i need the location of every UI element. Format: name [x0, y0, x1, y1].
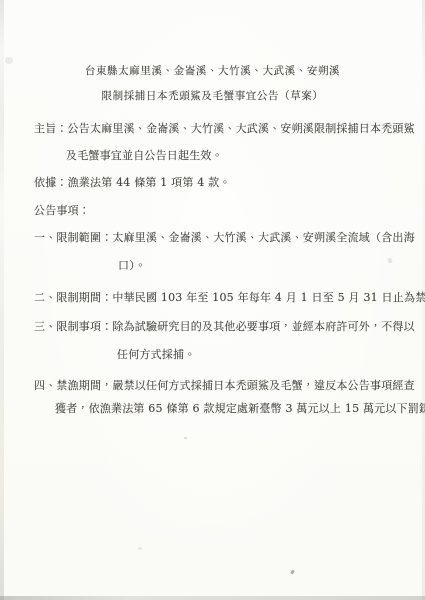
item-1-line-2: 口）。	[118, 257, 146, 273]
subject-line-2: 及毛蟹事宜並自公告日起生效。	[66, 147, 223, 163]
scan-speck	[290, 570, 295, 575]
item-4-line-2: 獲者，依漁業法第 65 條第 6 款規定處新臺幣 3 萬元以上 15 萬元以下罰…	[55, 400, 425, 416]
scanned-document-page: 台東縣太麻里溪、金崙溪、大竹溪、大武溪、安朔溪 限制採捕日本禿頭鯊及毛蟹事宜公告…	[0, 0, 425, 600]
doc-title-line-1: 台東縣太麻里溪、金崙溪、大竹溪、大武溪、安朔溪	[0, 63, 425, 78]
item-4-line-1: 四、禁漁期間，嚴禁以任何方式採捕日本禿頭鯊及毛蟹，違反本公告事項經查	[34, 377, 415, 393]
item-3-line-1: 三、限制事項：除為試驗研究目的及其他必要事項，並經本府許可外，不得以	[34, 318, 415, 334]
announcement-items-header: 公告事項：	[34, 202, 90, 218]
scan-speck	[5, 57, 13, 64]
item-1-line-1: 一、限制範圍：太麻里溪、金崙溪、大竹溪、大武溪、安朔溪全流域（含出海	[34, 229, 415, 245]
subject-line-1: 主旨：公告太麻里溪、金崙溪、大竹溪、大武溪、安朔溪限制採捕日本禿頭鯊	[34, 120, 415, 136]
scan-artifact-left-edge	[0, 0, 4, 600]
legal-basis-line: 依據：漁業法第 44 條第 1 項第 4 款。	[34, 174, 231, 190]
scan-speck	[138, 547, 142, 550]
doc-title-line-2: 限制採捕日本禿頭鯊及毛蟹事宜公告（草案）	[0, 88, 425, 103]
scan-artifact-bottom-edge	[0, 596, 425, 600]
scan-speck	[184, 437, 187, 439]
item-3-line-2: 任何方式採捕。	[117, 346, 195, 362]
scan-speck	[387, 257, 392, 263]
item-2-line-1: 二、限制期間：中華民國 103 年至 105 年每年 4 月 1 日至 5 月 …	[34, 289, 425, 305]
